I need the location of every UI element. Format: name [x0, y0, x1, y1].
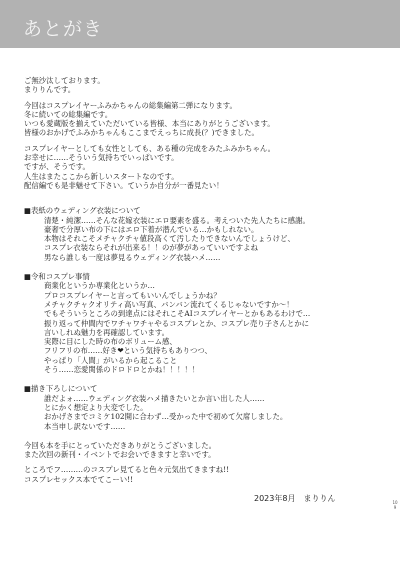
greeting-paragraph: ご無沙汰しております。 まりりんです。 — [24, 76, 364, 95]
page-header: あとがき — [0, 0, 400, 48]
text-line: 商業化というか専業化というか… — [34, 281, 364, 290]
text-line: また次回の新刊・イベントでお会いできますと幸いです。 — [24, 450, 364, 459]
text-line: でもそういうところの到達点にはそれこそAIコスプレイヤーとかもあるわけで… — [34, 309, 364, 318]
text-line: 振り返って仲間内でワチャワチャやるコスプレとか、コスプレ売り子さんとかに — [34, 319, 364, 328]
text-line: コスプレセックス本でてこーい!! — [24, 475, 364, 484]
intro-paragraph: 今回はコスプレイヤーふみかちゃんの総集編第二弾になります。 冬に続いての総集編で… — [24, 101, 364, 138]
text-line: 男なら誰しも一度は夢見るウェディング衣装ハメ…… — [34, 253, 364, 262]
text-line: 人生はまたここから新しいスタートなのです。 — [24, 172, 364, 181]
text-line: いつも愛蔵版を揃えていただいている皆様、本当にありがとうございます。 — [24, 119, 364, 128]
text-line: ご無沙汰しております。 — [24, 76, 364, 85]
text-line: フリフリの布……好き❤という気持ちもありつつ、 — [34, 346, 364, 355]
text-line: 誰だよォ……ウェディング衣装ハメ描きたいとか言い出した人…… — [34, 394, 364, 403]
text-line: そう……恋愛関係のドロドロとかね！！！！！ — [34, 365, 364, 374]
text-line: 実際に目にした時の布のボリューム感、 — [34, 337, 364, 346]
text-line: 清楚・純潔……そんな花嫁衣装にエロ要素を盛る。考えついた先人たちに感謝。 — [34, 216, 364, 225]
text-line: 冬に続いての総集編です。 — [24, 110, 364, 119]
text-line: メチャクチャクオリティ高い写真、バンバン流れてくるじゃないですか～！ — [34, 300, 364, 309]
text-line: おかげさまでコミケ102開に合わず…受かった中で初めて欠席しました。 — [34, 412, 364, 421]
thanks-paragraph: 今回も本を手にとっていただきありがとうございました。 また次回の新刊・イベントで… — [24, 441, 364, 460]
text-line: 言いしれぬ魅力を再確認しています。 — [34, 328, 364, 337]
section-new-illustrations: ■描き下ろしについて 誰だよォ……ウェディング衣装ハメ描きたいとか言い出した人…… — [24, 384, 364, 430]
closing-paragraph: ところでフ………のコスプレ見てると色々元気出てきますね!! コスプレセックス本で… — [24, 465, 364, 484]
section-title: ■令和コスプレ事情 — [24, 272, 364, 281]
text-line: 本当申し訳ないです…… — [34, 422, 364, 431]
page-title: あとがき — [23, 14, 103, 41]
signature: 2023年8月 まりりん — [254, 493, 335, 504]
text-line: ところでフ………のコスプレ見てると色々元気出てきますね!! — [24, 465, 364, 474]
text-line: 配信編でも是非魅せて下さい。ていうか自分が一番見たい！ — [24, 181, 364, 190]
text-line: コスプレイヤーとしても女性としても、ある種の完成をみたふみかちゃん。 — [24, 144, 364, 153]
section-title: ■表紙のウェディング衣装について — [24, 206, 364, 215]
page-number: 109 — [392, 500, 398, 510]
text-line: 今回も本を手にとっていただきありがとうございました。 — [24, 441, 364, 450]
text-line: お幸せに……そういう気持ちでいっぱいです。 — [24, 153, 364, 162]
message-paragraph: コスプレイヤーとしても女性としても、ある種の完成をみたふみかちゃん。 お幸せに…… — [24, 144, 364, 190]
section-reiwa-cosplay: ■令和コスプレ事情 商業化というか専業化というか… プロコスプレイヤーと言っても… — [24, 272, 364, 374]
section-wedding-costume: ■表紙のウェディング衣装について 清楚・純潔……そんな花嫁衣装にエロ要素を盛る。… — [24, 206, 364, 262]
text-line: とにかく想定より大変でした。 — [34, 403, 364, 412]
text-line: 今回はコスプレイヤーふみかちゃんの総集編第二弾になります。 — [24, 101, 364, 110]
text-line: コスプレ衣装ならそれが出来る！！のが夢があっていいですよね — [34, 243, 364, 252]
text-line: やっぱり「人間」がいるから起こること — [34, 356, 364, 365]
section-title: ■描き下ろしについて — [24, 384, 364, 393]
text-line: ですが、そうです。 — [24, 162, 364, 171]
text-line: プロコスプレイヤーと言ってもいいんでしょうかね？ — [34, 291, 364, 300]
text-line: まりりんです。 — [24, 85, 364, 94]
text-line: 豪奢で分厚い布の下にはエロ下着が潜んでいる…かもしれない。 — [34, 225, 364, 234]
afterword-body: ご無沙汰しております。 まりりんです。 今回はコスプレイヤーふみかちゃんの総集編… — [24, 76, 364, 490]
text-line: 皆様のおかげでふみかちゃんもここまでえっちに成長(？)できました。 — [24, 128, 364, 137]
text-line: 本物はそれこそメチャクチャ値段高くて汚したりできないんでしょうけど、 — [34, 234, 364, 243]
